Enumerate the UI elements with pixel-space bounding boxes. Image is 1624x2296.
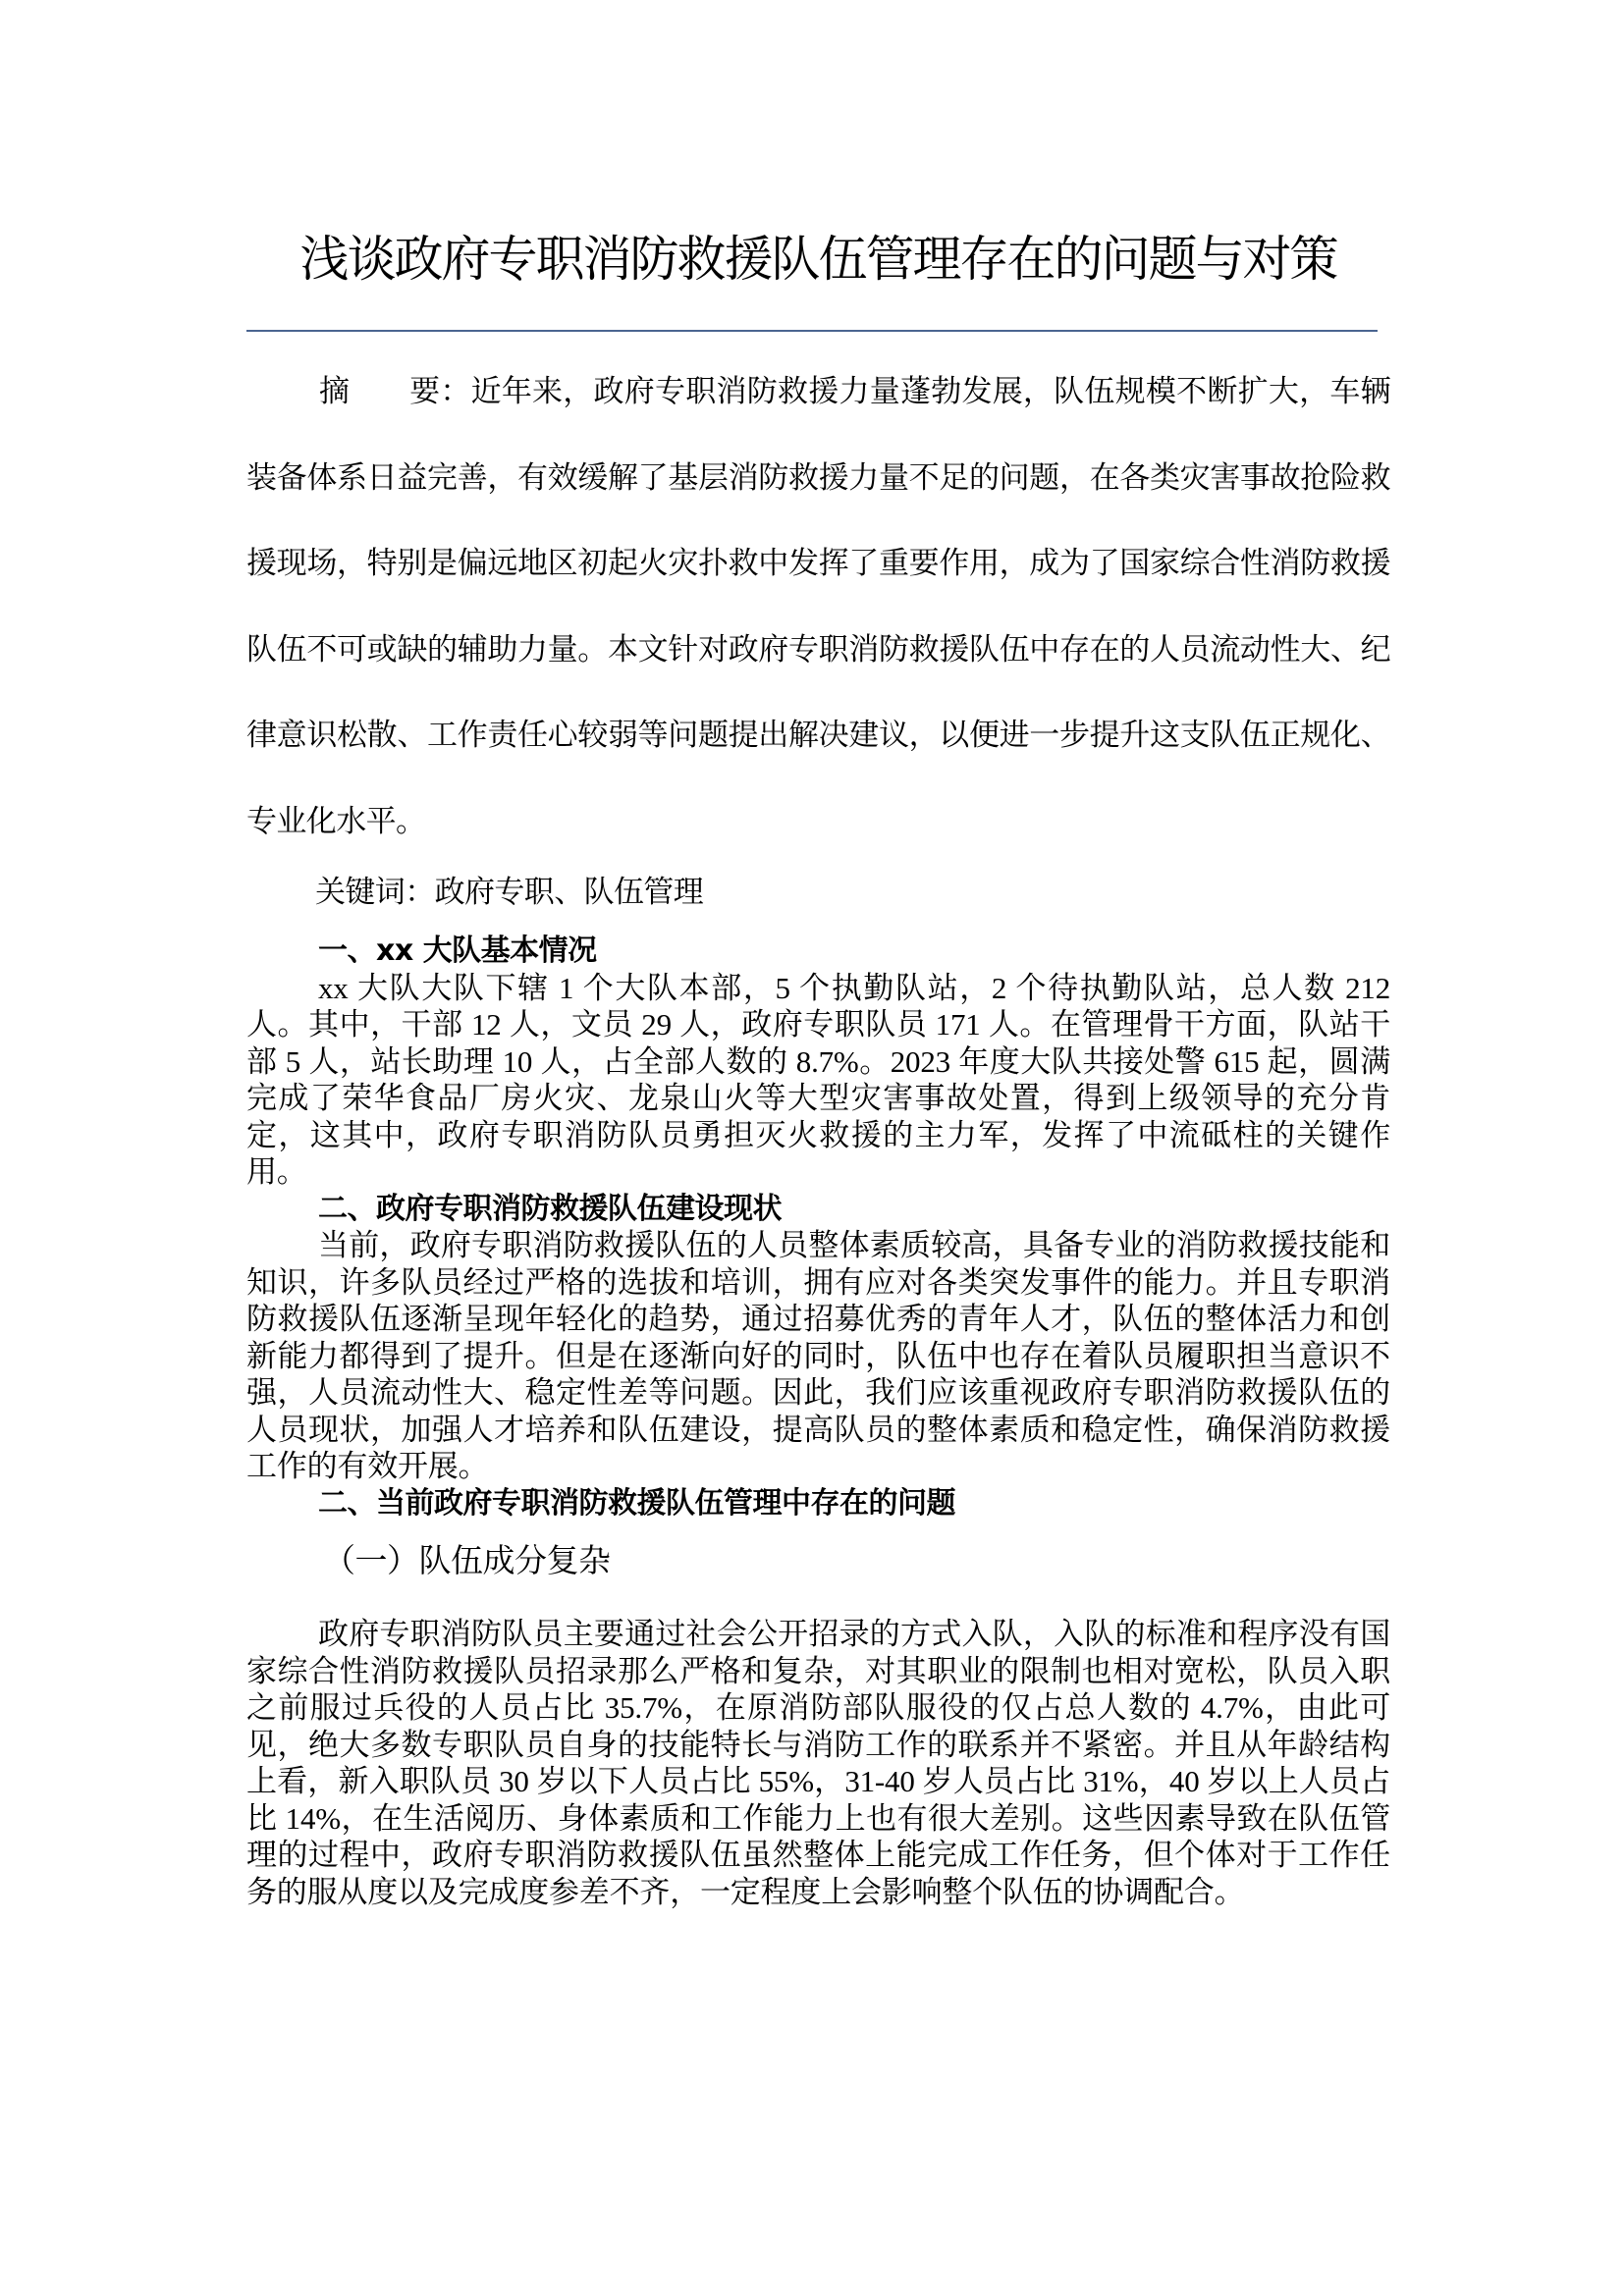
abstract: 摘要：近年来，政府专职消防救援力量蓬勃发展，队伍规模不断扩大，车辆装备体系日益完… — [246, 349, 1390, 865]
section-heading: 一、xx 大队基本情况 — [246, 933, 1390, 970]
keywords: 关键词：政府专职、队伍管理 — [315, 868, 703, 917]
section-paragraph: 政府专职消防队员主要通过社会公开招录的方式入队，入队的标准和程序没有国家综合性消… — [246, 1616, 1390, 1910]
section-problems: 二、当前政府专职消防救援队伍管理中存在的问题 （一）队伍成分复杂 政府专职消防队… — [246, 1485, 1390, 1911]
abstract-label-second: 要： — [408, 374, 470, 409]
section-subheading: （一）队伍成分复杂 — [246, 1541, 1390, 1580]
abstract-text: 近年来，政府专职消防救援力量蓬勃发展，队伍规模不断扩大，车辆装备体系日益完善，有… — [246, 374, 1390, 839]
abstract-label-first: 摘 — [319, 374, 350, 409]
section-heading: 二、政府专职消防救援队伍建设现状 — [246, 1191, 1390, 1228]
title-divider — [246, 330, 1378, 332]
document-body: 一、xx 大队基本情况 xx 大队大队下辖 1 个大队本部，5 个执勤队站，2 … — [246, 933, 1390, 1910]
document-title: 浅谈政府专职消防救援队伍管理存在的问题与对策 — [246, 228, 1390, 291]
section-paragraph: xx 大队大队下辖 1 个大队本部，5 个执勤队站，2 个待执勤队站，总人数 2… — [246, 970, 1390, 1191]
section-current-status: 二、政府专职消防救援队伍建设现状 当前，政府专职消防救援队伍的人员整体素质较高，… — [246, 1191, 1390, 1485]
section-heading: 二、当前政府专职消防救援队伍管理中存在的问题 — [246, 1485, 1390, 1522]
section-paragraph: 当前，政府专职消防救援队伍的人员整体素质较高，具备专业的消防救援技能和知识，许多… — [246, 1227, 1390, 1485]
section-basic-info: 一、xx 大队基本情况 xx 大队大队下辖 1 个大队本部，5 个执勤队站，2 … — [246, 933, 1390, 1191]
